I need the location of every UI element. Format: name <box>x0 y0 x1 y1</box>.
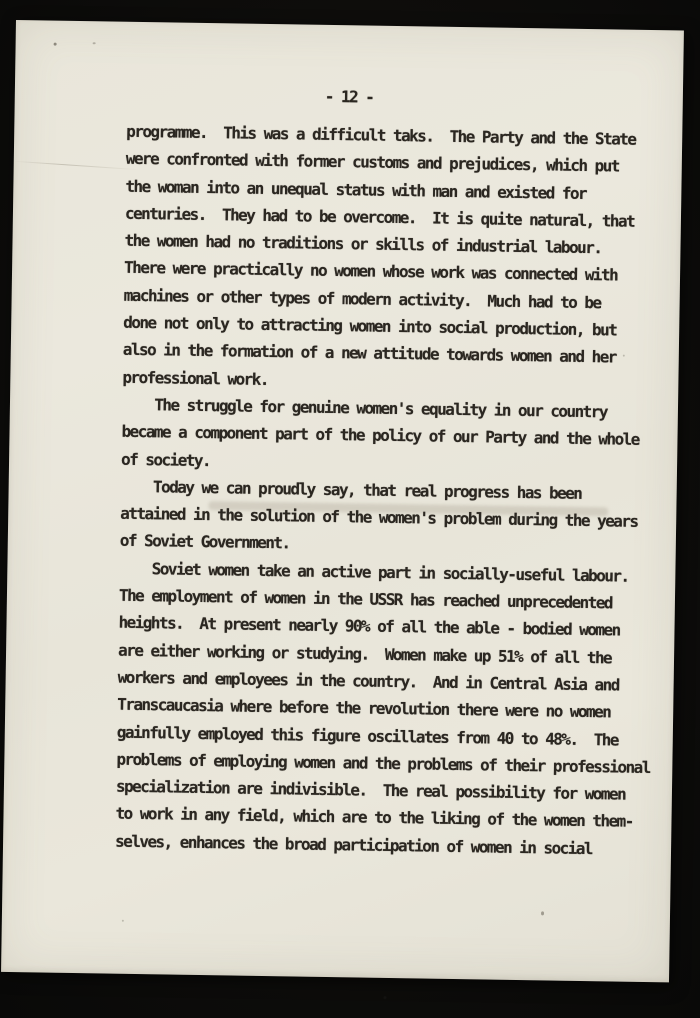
page-number: - 12 - <box>325 83 374 111</box>
paper-speck <box>93 42 96 44</box>
paper-speck <box>541 911 544 915</box>
paper-speck <box>122 920 124 922</box>
document-text: programme. This was a difficult taks. Th… <box>115 118 660 863</box>
paper-speck <box>54 43 57 46</box>
paper-crease <box>14 161 139 170</box>
document-page: - 12 - programme. This was a difficult t… <box>1 20 684 982</box>
